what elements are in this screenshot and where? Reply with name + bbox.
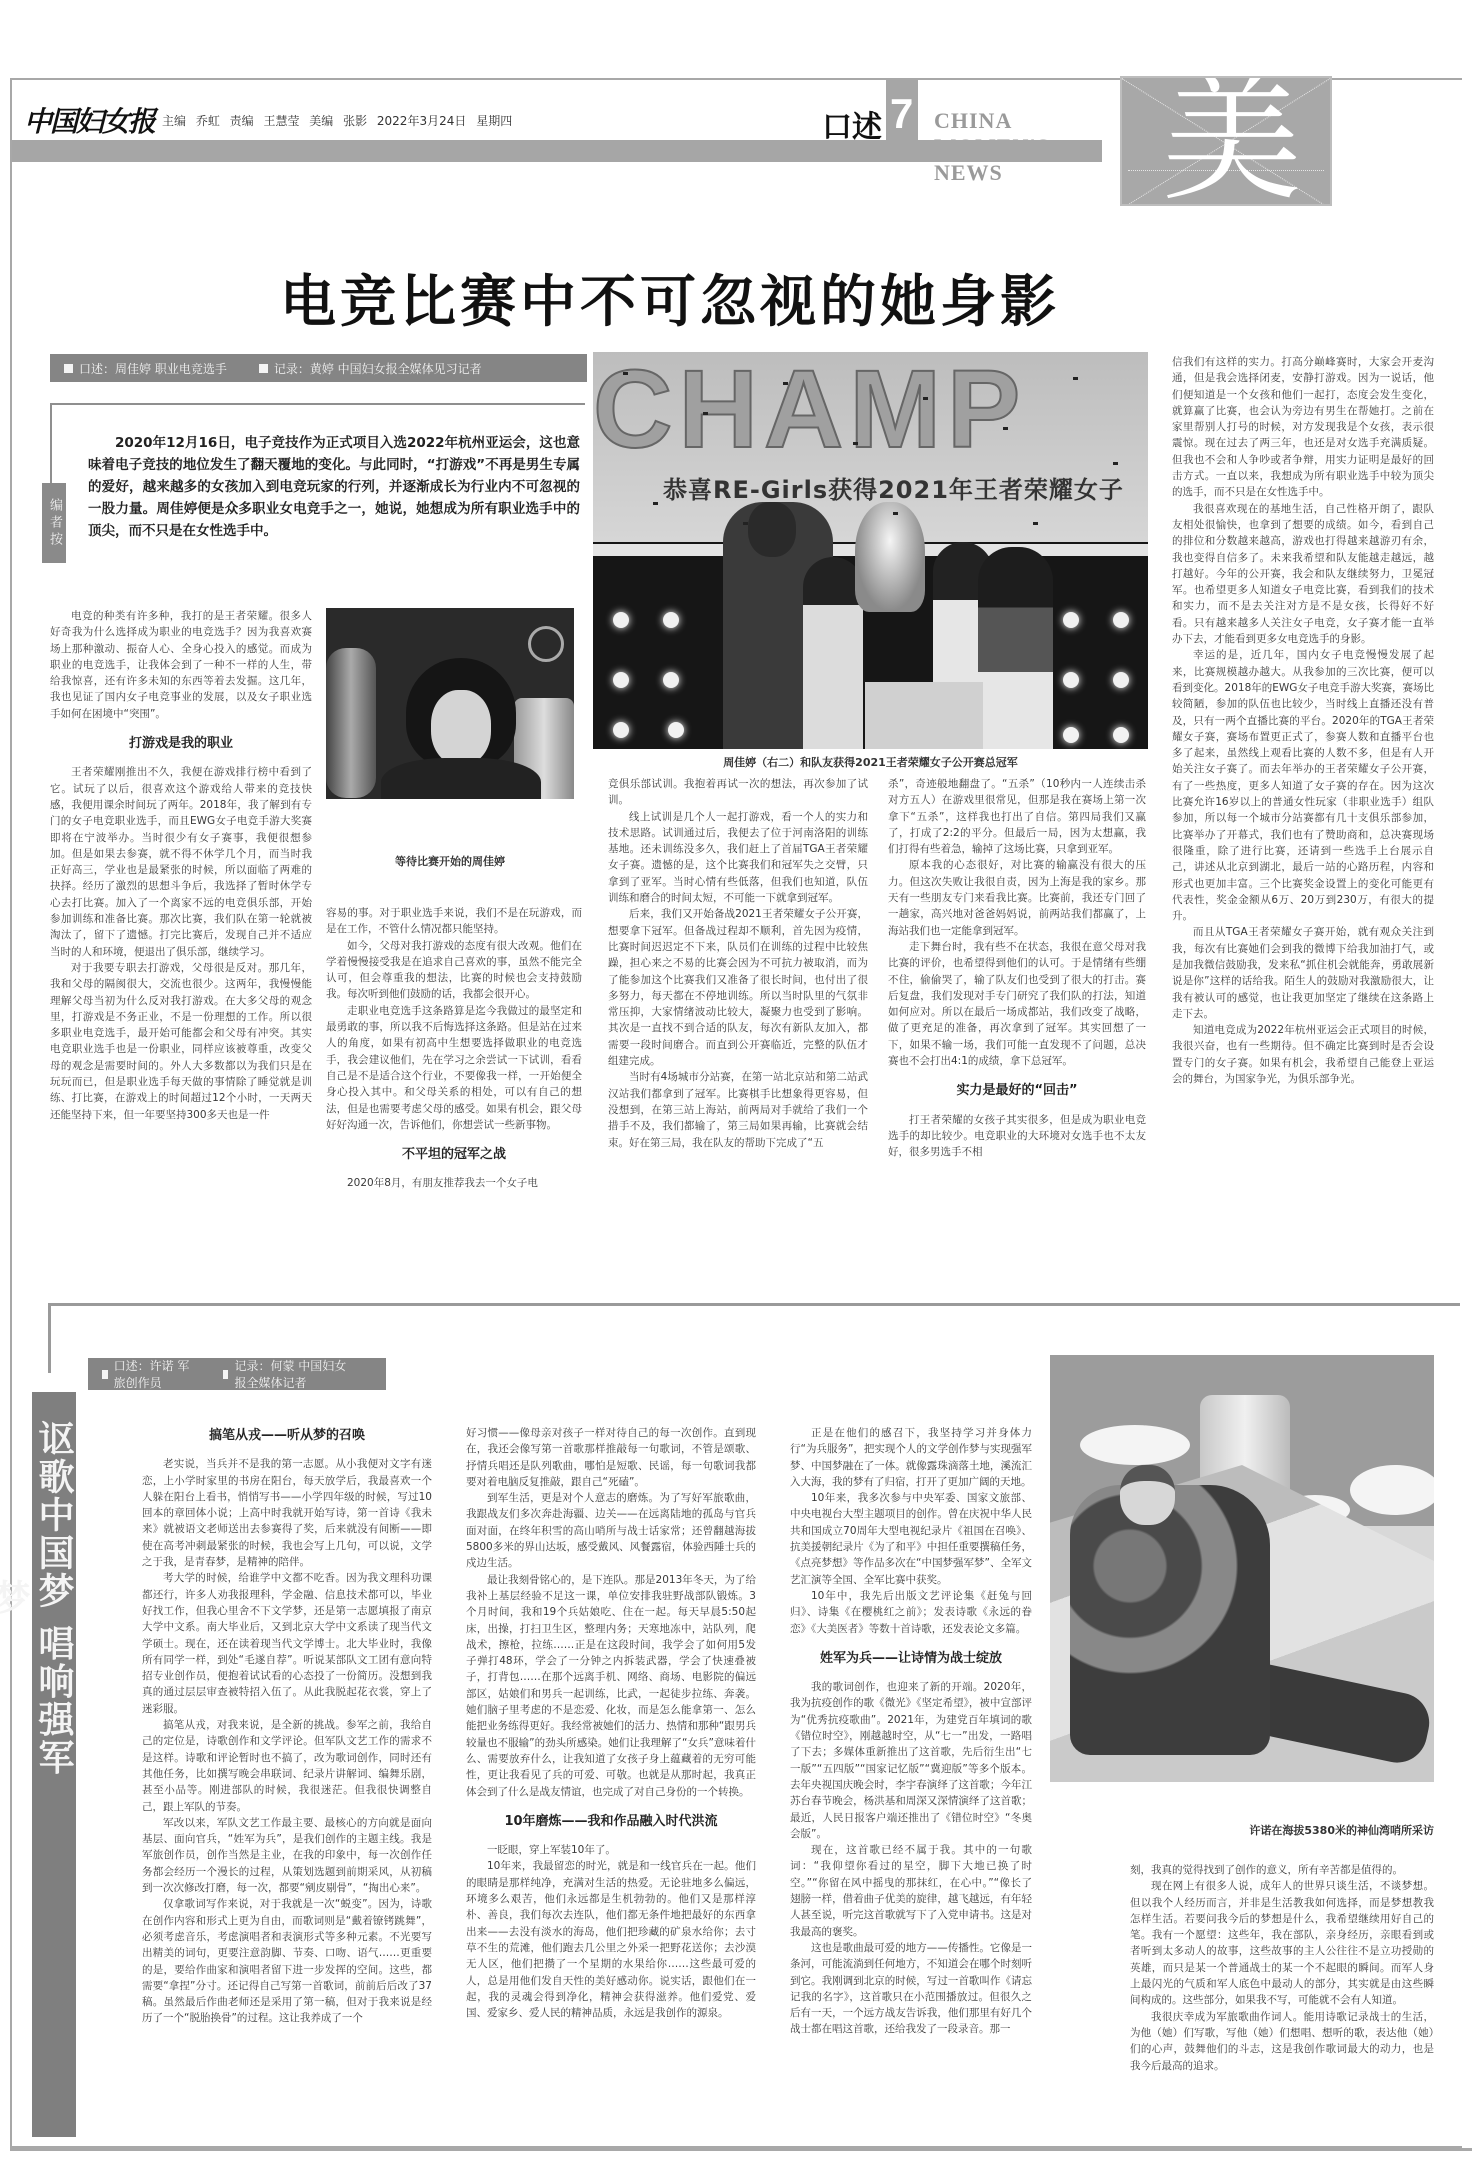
photo-person-head (1120, 1465, 1175, 1525)
subheading: 实力是最好的“回击” (888, 1083, 1146, 1099)
paragraph: 对于我要专职去打游戏，父母很是反对。那几年，我和父母的隔阂很大，交流也很少。这两… (50, 960, 312, 1123)
article1-column-2: 容易的事。对于职业选手来说，我们不是在玩游戏，而是在工作，不管什么情况都只能坚持… (326, 905, 582, 1192)
stage-light (1063, 612, 1079, 628)
column-emblem: 美 (1120, 76, 1332, 206)
paragraph: 走职业电竞选手这条路算是迄今我做过的最坚定和最勇敢的事，所以我不后悔选择这条路。… (326, 1003, 582, 1133)
paragraph: 而且从TGA王者荣耀女子赛开始，就有观众关注到我，每次有比赛她们会到我的微博下给… (1172, 924, 1434, 1022)
square-bullet-icon (223, 1370, 229, 1379)
confetti (1073, 377, 1078, 380)
paragraph: 一眨眼，穿上军装10年了。 (466, 1842, 756, 1858)
paragraph: 10年来，我最留恋的时光，就是和一线官兵在一起。他们的眼睛是那样纯净，充满对生活… (466, 1858, 756, 2021)
article1-column-4: 杀”，奇迹般地翻盘了。“五杀”（10秒内一人连续击杀对方五人）在游戏里很常见，但… (888, 776, 1146, 1161)
article1-column-5: 信我们有这样的实力。打高分巅峰赛时，大家会开麦沟通，但是我会选择闭麦，安静打游戏… (1172, 354, 1434, 1087)
confetti (1033, 522, 1038, 525)
subheading: 姓军为兵——让诗情为战士绽放 (790, 1651, 1032, 1667)
paragraph: 王者荣耀刚推出不久，我便在游戏排行榜中看到了它。试玩了以后，很喜欢这个游戏给人带… (50, 764, 312, 960)
page-number: 7 (890, 90, 913, 138)
paragraph: 好习惯——像母亲对孩子一样对待自己的每一次创作。直到现在，我还会像写第一首歌那样… (466, 1425, 756, 1490)
confetti (1113, 462, 1118, 465)
paragraph: 幸运的是，近几年，国内女子电竞慢慢发展了起来，比赛规模越办越大。从我参加的三次比… (1172, 647, 1434, 924)
confetti (653, 502, 658, 505)
paragraph: 仅拿歌词写作来说，对于我就是一次“蜕变”。因为，诗歌在创作内容和形式上更为自由，… (142, 1896, 432, 2026)
stage-light (663, 672, 679, 688)
trophy (855, 502, 925, 612)
paragraph: 老实说，当兵并不是我的第一志愿。从小我便对文字有迷恋，上小学时家里的书房在阳台，… (142, 1456, 432, 1570)
column-emblem-char: 美 (1162, 76, 1302, 206)
article2-column-2: 好习惯——像母亲对孩子一样对待自己的每一次创作。直到现在，我还会像写第一首歌那样… (466, 1425, 756, 2021)
photo-cloud (1080, 1425, 1190, 1465)
paragraph: 容易的事。对于职业选手来说，我们不是在玩游戏，而是在工作，不管什么情况都只能坚持… (326, 905, 582, 938)
byline-narrator: 口述：许诺 军旅创作员 (102, 1357, 191, 1391)
confetti (1003, 427, 1008, 430)
paragraph: 信我们有这样的实力。打高分巅峰赛时，大家会开麦沟通，但是我会选择闭麦，安静打游戏… (1172, 354, 1434, 501)
paragraph: 打王者荣耀的女孩子其实很多，但是成为职业电竞选手的却比较少。电竞职业的大环境对女… (888, 1112, 1146, 1161)
article1-column-3: 竞俱乐部试训。我抱着再试一次的想法，再次参加了试训。 线上试训是几个人一起打游戏… (608, 776, 868, 1151)
confetti (743, 522, 748, 525)
paragraph: 知道电竞成为2022年杭州亚运会正式项目的时候，我很兴奋，也有一些期待。但不确定… (1172, 1022, 1434, 1087)
article1-headline: 电竞比赛中不可忽视的她身影 (280, 258, 1240, 338)
article2-vertical-title: 讴歌中国梦 唱响强军梦 (32, 1392, 76, 1782)
article2-byline: 口述：许诺 军旅创作员 记录：何蒙 中国妇女报全媒体记者 (88, 1358, 386, 1390)
confetti (923, 397, 928, 400)
article-divider (50, 1303, 1460, 1306)
article1-byline: 口述：周佳婷 职业电竞选手 记录：黄婷 中国妇女报全媒体见习记者 (50, 354, 587, 382)
paragraph: 正是在他们的感召下，我坚持学习并身体力行“为兵服务”，把实现个人的文学创作梦与实… (790, 1425, 1032, 1490)
stage-light (1063, 727, 1079, 743)
paragraph: 军改以来，军队文艺工作最主要、最核心的方向就是面向基层、面向官兵，“姓军为兵”，… (142, 1815, 432, 1896)
photo-banner-subtext: 恭喜RE-Girls获得2021年王者荣耀女子 (663, 470, 1124, 505)
paragraph: 当时有4场城市分站赛，在第一站北京站和第二站武汉站我们都拿到了冠军。比赛棋手比想… (608, 1069, 868, 1150)
subheading: 10年磨炼——我和作品融入时代洪流 (466, 1814, 756, 1830)
editor-note-label: 编者按 (42, 483, 66, 563)
paragraph: 现在，这首歌已经不属于我。其中的一句歌词：“我仰望你看过的星空，脚下大地已换了时… (790, 1842, 1032, 1940)
photo-gamer-caption: 等待比赛开始的周佳婷 (326, 853, 574, 869)
stage-light (663, 612, 679, 628)
editor-note-text: 2020年12月16日，电子竞技作为正式项目入选2022年杭州亚运会，这也意味着… (88, 432, 580, 542)
stage-light (613, 672, 629, 688)
paragraph: 线上试训是几个人一起打游戏，看一个人的实力和技术思路。试训通过后，我便去了位于河… (608, 809, 868, 907)
stage-light (1113, 727, 1129, 743)
stage-light (1113, 612, 1129, 628)
paragraph: 2020年8月，有朋友推荐我去一个女子电 (326, 1175, 582, 1191)
paragraph: 这也是歌曲最可爱的地方——传播性。它像是一条河，可能流淌到任何地方，不知道会在哪… (790, 1940, 1032, 2038)
article2-column-1: 搞笔从戎——听从梦的召唤 老实说，当兵并不是我的第一志愿。从小我便对文字有迷恋，… (142, 1428, 432, 2027)
photo-chair (326, 648, 376, 798)
confetti (703, 412, 708, 415)
photo-banner-text: CHAMP (593, 352, 1026, 473)
confetti (893, 512, 898, 515)
paragraph: 如今，父母对我打游戏的态度有很大改观。他们在学着慢慢接受我是在追求自己喜欢的事，… (326, 938, 582, 1003)
paragraph: 刻，我真的觉得找到了创作的意义，所有辛苦都是值得的。 (1130, 1862, 1434, 1878)
photo-person (803, 557, 863, 749)
photo-trophy-ceremony: CHAMP 恭喜RE-Girls获得2021年王者荣耀女子 (593, 352, 1148, 749)
paragraph: 最让我刻骨铭心的，是下连队。那是2013年冬天，为了给我补上基层经验不足这一课，… (466, 1572, 756, 1800)
photo-podium (865, 682, 983, 749)
photo-cloud (1350, 1465, 1434, 1515)
photo-person (748, 502, 796, 557)
byline-recorder: 记录：何蒙 中国妇女报全媒体记者 (223, 1357, 350, 1391)
paragraph: 我很喜欢现在的基地生活，自己性格开朗了，跟队友相处很愉快，也拿到了想要的成绩。如… (1172, 501, 1434, 648)
confetti (623, 372, 628, 375)
paragraph: 10年来，我多次参与中央军委、国家文旅部、中央电视台大型主题项目的创作。曾在庆祝… (790, 1490, 1032, 1588)
subheading: 搞笔从戎——听从梦的召唤 (142, 1428, 432, 1444)
square-bullet-icon (102, 1370, 108, 1379)
photo-emblem (528, 626, 564, 662)
photo-person-body (381, 758, 541, 799)
page-bottom-rule (10, 2148, 1472, 2151)
article2-title-bar (32, 1782, 76, 2137)
stage-light (613, 722, 629, 738)
stage-light (1063, 672, 1079, 688)
paragraph: 现在网上有很多人说，成年人的世界只谈生活，不谈梦想。但以我个人经历而言，并非是生… (1130, 1878, 1434, 2008)
editor-credits: 主编 乔虹 责编 王慧莹 美编 张影 2022年3月24日 星期四 (162, 112, 512, 129)
confetti (853, 442, 858, 445)
subheading: 不平坦的冠军之战 (326, 1147, 582, 1163)
byline-recorder: 记录：黄婷 中国妇女报全媒体见习记者 (259, 360, 482, 377)
paragraph: 10年中，我先后出版文艺评论集《赶兔与回归》、诗集《在樱桃红之前》；发表诗歌《永… (790, 1588, 1032, 1637)
issue-date: 2022年3月24日 (377, 114, 466, 128)
newspaper-logo: 中国妇女报 (24, 100, 154, 140)
article2-column-4: 刻，我真的觉得找到了创作的意义，所有辛苦都是值得的。 现在网上有很多人说，成年人… (1130, 1862, 1434, 2074)
paragraph: 考大学的时候，给谁学中文都不吃香。因为我文理科功课都还行，许多人劝我报理科，学金… (142, 1570, 432, 1717)
stage-light (1113, 672, 1129, 688)
photo-person-body (1070, 1485, 1270, 1755)
paragraph: 到军生活，更是对个人意志的磨炼。为了写好军旅歌曲，我跟战友们多次奔赴海疆、边关—… (466, 1490, 756, 1571)
issue-weekday: 星期四 (476, 114, 512, 128)
subheading: 打游戏是我的职业 (50, 736, 312, 752)
square-bullet-icon (64, 364, 73, 373)
paragraph: 后来，我们又开始备战2021王者荣耀女子公开赛，想要拿下冠军。但备战过程却不顺利… (608, 906, 868, 1069)
paragraph: 竞俱乐部试训。我抱着再试一次的想法，再次参加了试训。 (608, 776, 868, 809)
paragraph: 我的歌词创作，也迎来了新的开端。2020年，我为抗疫创作的歌《微光》《坚定希望》… (790, 1679, 1032, 1842)
paragraph: 搞笔从戎，对我来说，是全新的挑战。参军之前，我给自己的定位是，诗歌创作和文学评论… (142, 1717, 432, 1815)
byline-narrator: 口述：周佳婷 职业电竞选手 (64, 360, 227, 377)
photo-soldier-caption: 许诺在海拔5380米的神仙湾哨所采访 (1050, 1822, 1434, 1838)
photo-person-face (431, 690, 491, 765)
masthead-band (12, 140, 1102, 162)
photo-person (978, 547, 1053, 749)
stage-light (613, 612, 629, 628)
paragraph: 原本我的心态很好，对比赛的输赢没有很大的压力。但这次失败让我很自责，因为上海是我… (888, 857, 1146, 938)
editor-names: 主编 乔虹 责编 王慧莹 美编 张影 (162, 114, 367, 128)
stage-light (668, 722, 684, 738)
article1-column-1: 电竞的种类有许多种，我打的是王者荣耀。很多人好奇我为什么选择成为职业的电竞选手？… (50, 608, 312, 1123)
article2-column-3: 正是在他们的感召下，我坚持学习并身体力行“为兵服务”，把实现个人的文学创作梦与实… (790, 1425, 1032, 2038)
photo-soldier-outpost (1050, 1355, 1434, 1782)
article-divider (48, 1303, 51, 1373)
paragraph: 我很庆幸成为军旅歌曲作词人。能用诗歌记录战士的生活，为他（她）们写歌，写他（她）… (1130, 2009, 1434, 2074)
square-bullet-icon (259, 364, 268, 373)
confetti (783, 382, 788, 385)
paragraph: 杀”，奇迹般地翻盘了。“五杀”（10秒内一人连续击杀对方五人）在游戏里很常见，但… (888, 776, 1146, 857)
paragraph: 走下舞台时，我有些不在状态，我很在意父母对我比赛的评价，也希望得到他们的认可。于… (888, 939, 1146, 1069)
paragraph: 电竞的种类有许多种，我打的是王者荣耀。很多人好奇我为什么选择成为职业的电竞选手？… (50, 608, 312, 722)
photo-trophy-caption: 周佳婷（右二）和队友获得2021王者荣耀女子公开赛总冠军 (593, 754, 1148, 770)
photo-gamer-portrait (326, 608, 574, 799)
